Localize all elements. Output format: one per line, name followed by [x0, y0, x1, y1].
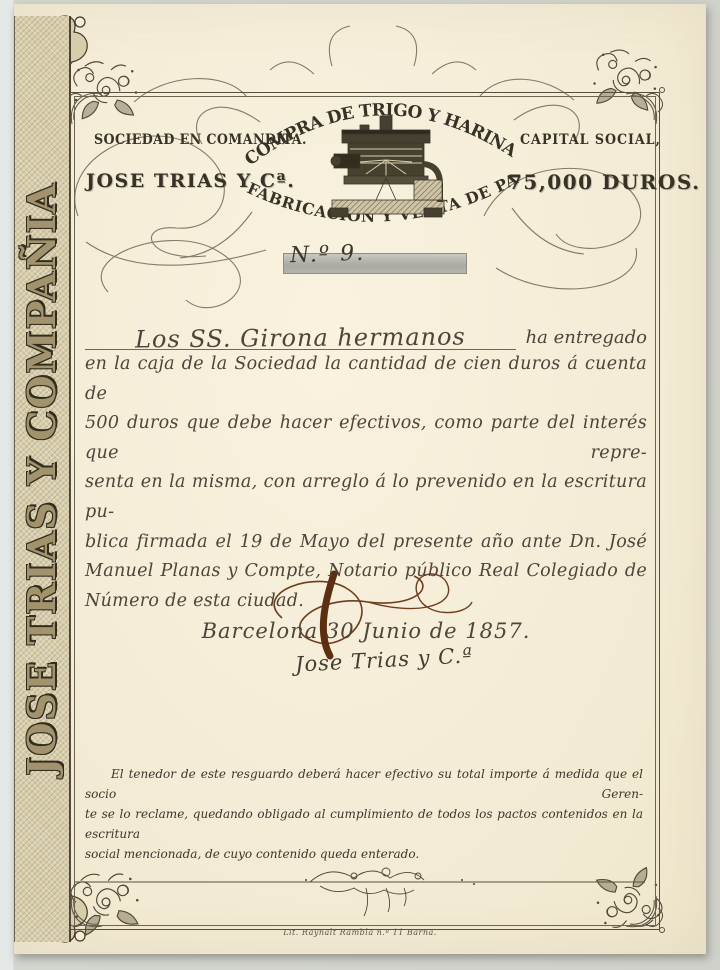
body-line: blica firmada el 19 de Mayo del presente…	[85, 528, 647, 558]
body-line: Número de esta ciudad.	[85, 587, 647, 617]
body-line: en la caja de la Sociedad la cantidad de…	[85, 350, 647, 409]
entered-phrase: ha entregado	[516, 327, 647, 350]
payee-underline: Los SS. Girona hermanos	[85, 324, 516, 350]
terms-line: El tenedor de este resguardo deberá hace…	[85, 764, 643, 804]
payee-name-handwritten: Los SS. Girona hermanos	[135, 323, 466, 354]
signature-handwritten: Jose Trias y C.ª	[294, 644, 473, 677]
body-line: senta en la misma, con arreglo á lo prev…	[85, 468, 647, 527]
society-type-label: SOCIEDAD EN COMANDITA.	[94, 132, 307, 148]
capital-amount-value: 75,000 DUROS.	[508, 170, 701, 194]
left-ornamental-band: JOSE TRIAS Y COMPAÑIA	[14, 16, 71, 942]
certificate-paper: COMPRA DE TRIGO Y HARINAS. FABRICACION Y…	[14, 4, 706, 954]
payee-row: Los SS. Girona hermanos ha entregado	[85, 310, 647, 350]
band-vertical-title: JOSE TRIAS Y COMPAÑIA	[15, 182, 69, 776]
terms-line: social mencionada, de cuyo contenido que…	[85, 844, 643, 864]
dateline-handwritten: Barcelona 30 Junio de 1857.	[85, 619, 647, 643]
certificate-number-value: N.º 9.	[290, 241, 366, 269]
scanned-certificate-page: { "colors":{ "paper":"#f4ecd6", "printed…	[0, 0, 720, 970]
body-line: Manuel Planas y Compte, Notario público …	[85, 557, 647, 587]
lithographer-imprint: Lit. Raynalt Rambla n.º 11 Barna.	[14, 928, 706, 937]
terms-fine-print: El tenedor de este resguardo deberá hace…	[85, 764, 643, 864]
body-line: 500 duros que debe hacer efectivos, como…	[85, 409, 647, 468]
certificate-body-text: Los SS. Girona hermanos ha entregado en …	[85, 310, 647, 672]
company-name-label: JOSE TRIAS Y Cª.	[86, 170, 295, 192]
capital-social-label: CAPITAL SOCIAL,	[520, 132, 661, 148]
terms-line: te se lo reclame, quedando obligado al c…	[85, 804, 643, 844]
